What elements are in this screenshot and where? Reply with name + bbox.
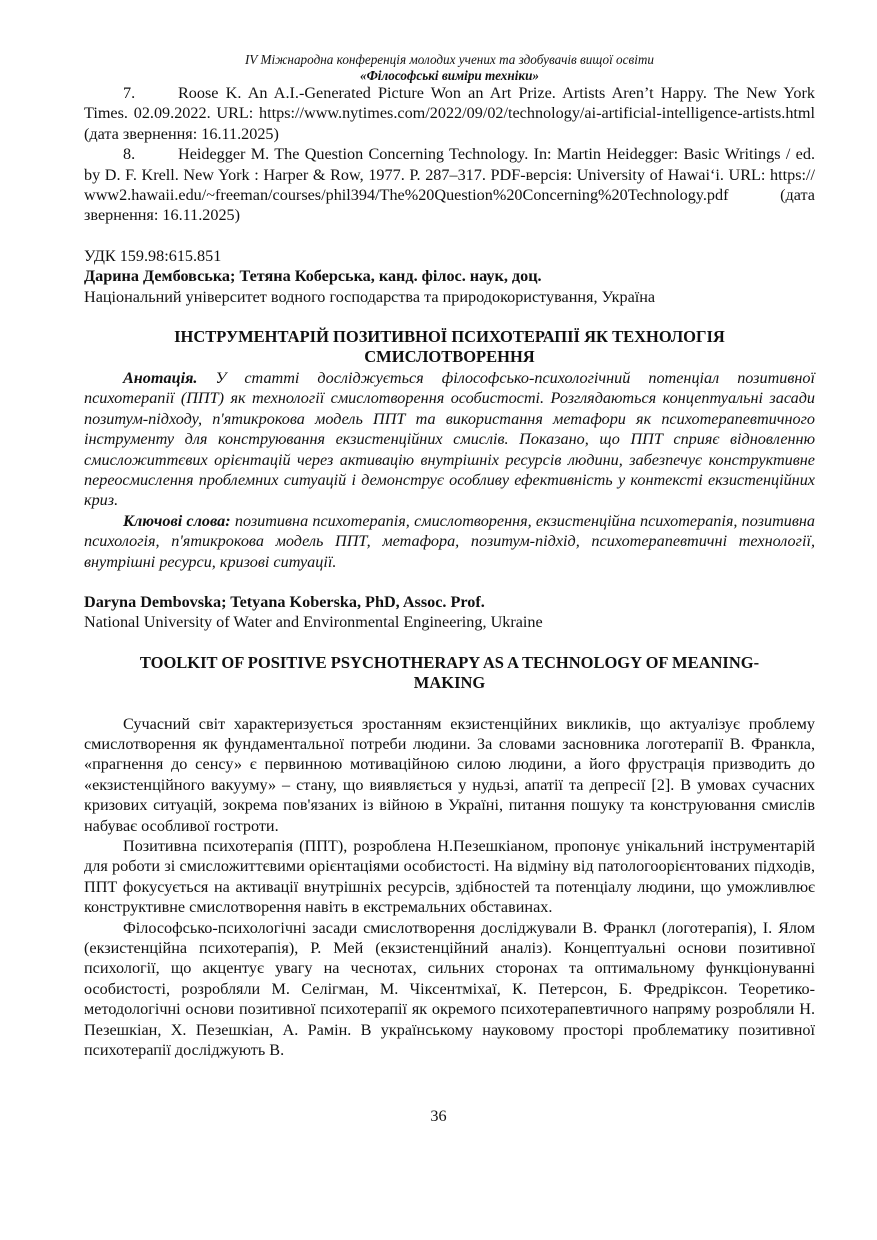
title-uk-line: СМИСЛОТВОРЕННЯ (84, 347, 815, 367)
reference-item: 8.Heidegger M. The Question Concerning T… (84, 144, 815, 226)
abstract-text: У статті досліджується філософсько-психо… (84, 369, 815, 509)
reference-text: Roose K. An A.I.-Generated Picture Won a… (84, 84, 815, 143)
article-title-uk: ІНСТРУМЕНТАРІЙ ПОЗИТИВНОЇ ПСИХОТЕРАПІЇ Я… (84, 327, 815, 368)
document-page: IV Міжнародна конференція молодих учених… (84, 52, 815, 1060)
authors-en: Daryna Dembovska; Tetyana Koberska, PhD,… (84, 592, 815, 612)
body-paragraph: Сучасний світ характеризується зростання… (84, 714, 815, 836)
running-header: IV Міжнародна конференція молодих учених… (84, 52, 815, 83)
affiliation-en: National University of Water and Environ… (84, 612, 815, 632)
reference-number: 7. (123, 83, 178, 103)
udc-code: УДК 159.98:615.851 (84, 246, 815, 266)
body-paragraph: Позитивна психотерапія (ППТ), розроблена… (84, 836, 815, 918)
title-en-line: TOOLKIT OF POSITIVE PSYCHOTHERAPY AS A T… (84, 653, 815, 673)
reference-item: 7.Roose K. An A.I.-Generated Picture Won… (84, 83, 815, 144)
title-uk-line: ІНСТРУМЕНТАРІЙ ПОЗИТИВНОЇ ПСИХОТЕРАПІЇ Я… (84, 327, 815, 347)
authors-uk: Дарина Дембовська; Тетяна Коберська, кан… (84, 266, 815, 286)
page-number: 36 (0, 1107, 877, 1126)
abstract: Анотація. У статті досліджується філософ… (84, 368, 815, 511)
reference-text: Heidegger M. The Question Concerning Tec… (84, 145, 815, 183)
affiliation-uk: Національний університет водного господа… (84, 287, 815, 307)
keywords: Ключові слова: позитивна психотерапія, с… (84, 511, 815, 572)
conference-name: IV Міжнародна конференція молодих учених… (84, 52, 815, 68)
reference-number: 8. (123, 144, 178, 164)
title-en-line: MAKING (84, 673, 815, 693)
abstract-label: Анотація. (123, 369, 197, 387)
conference-title: «Філософські виміри техніки» (84, 68, 815, 84)
keywords-label: Ключові слова: (123, 512, 231, 530)
article-title-en: TOOLKIT OF POSITIVE PSYCHOTHERAPY AS A T… (84, 653, 815, 694)
body-paragraph: Філософсько-психологічні засади смислотв… (84, 918, 815, 1061)
